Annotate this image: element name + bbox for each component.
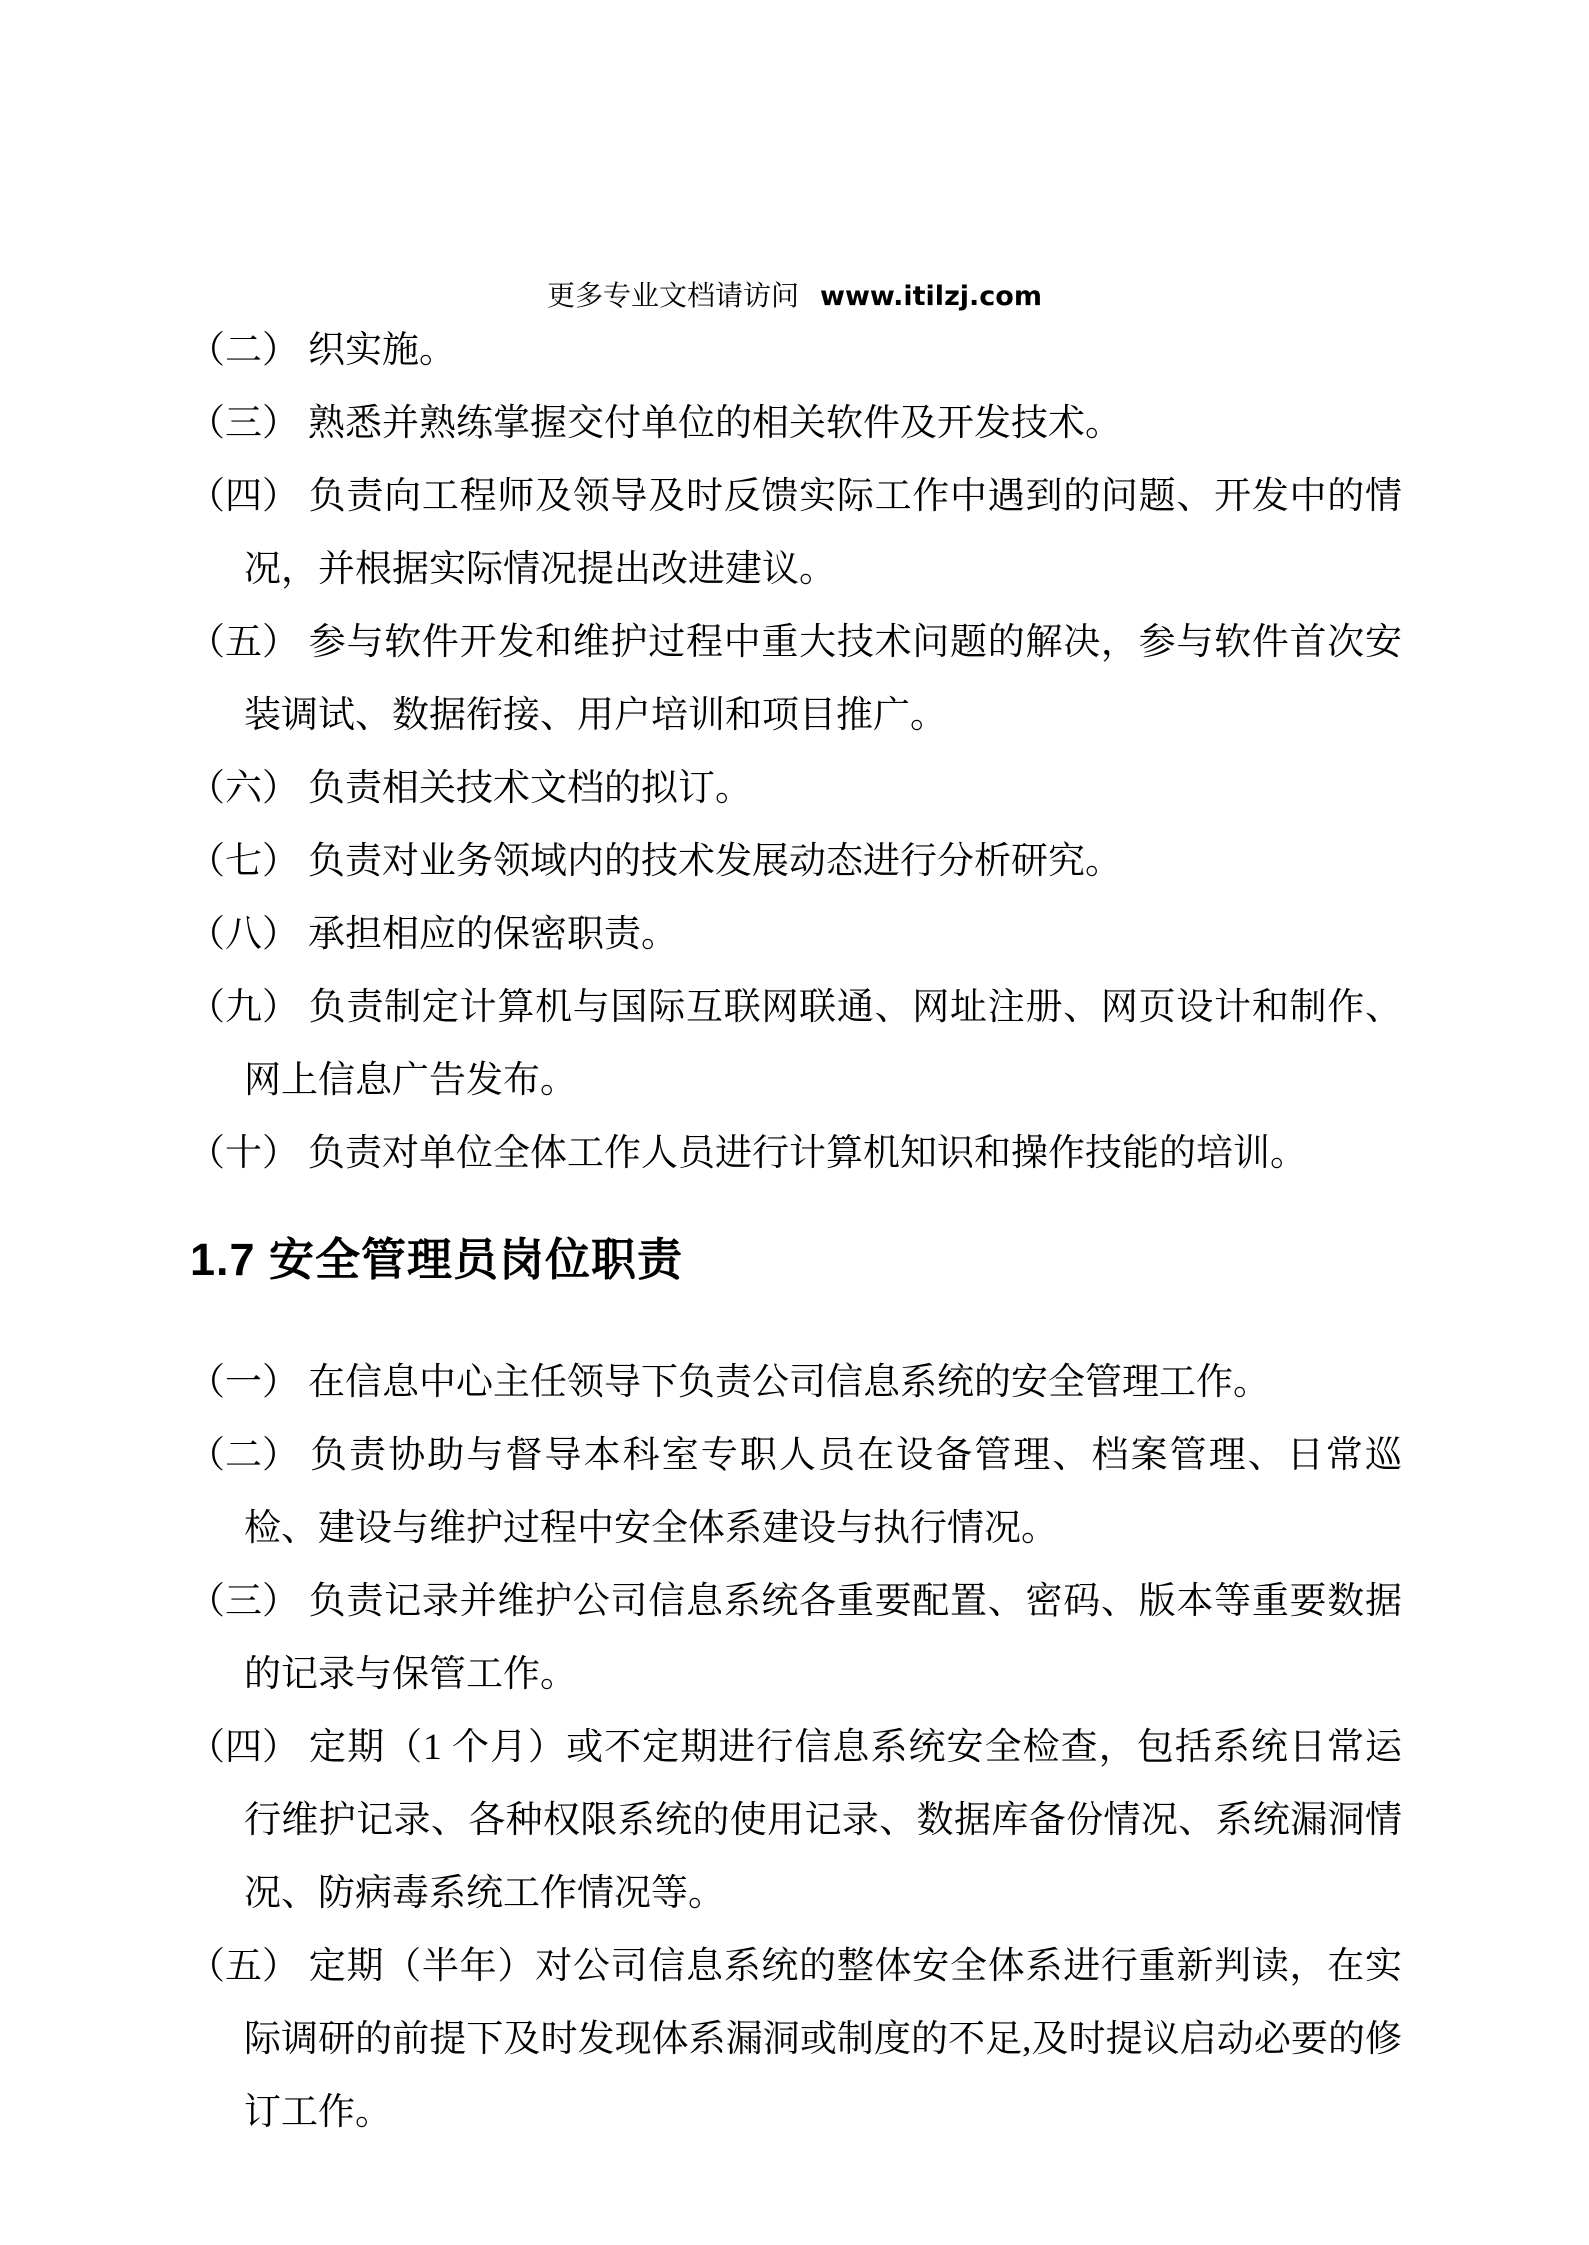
item-text: 负责向工程师及领导及时反馈实际工作中遇到的问题、开发中的情况，并根据实际情况提出… xyxy=(244,476,1402,590)
list-item: （七）负责对业务领域内的技术发展动态进行分析研究。 xyxy=(244,825,1402,898)
list-item: （二）负责协助与督导本科室专职人员在设备管理、档案管理、日常巡检、建设与维护过程… xyxy=(244,1419,1402,1565)
item-text: 织实施。 xyxy=(308,330,456,371)
list-item: （六）负责相关技术文档的拟订。 xyxy=(244,752,1402,825)
item-text: 负责对业务领域内的技术发展动态进行分析研究。 xyxy=(308,841,1122,882)
item-number: （六） xyxy=(188,752,308,825)
list-item: （四）负责向工程师及领导及时反馈实际工作中遇到的问题、开发中的情况，并根据实际情… xyxy=(244,460,1402,606)
item-number: （十） xyxy=(188,1117,308,1190)
item-text: 参与软件开发和维护过程中重大技术问题的解决，参与软件首次安装调试、数据衔接、用户… xyxy=(244,622,1402,736)
item-text: 承担相应的保密职责。 xyxy=(308,914,678,955)
item-number: （三） xyxy=(188,387,308,460)
item-text: 在信息中心主任领导下负责公司信息系统的安全管理工作。 xyxy=(308,1362,1270,1403)
item-number: （五） xyxy=(188,606,308,679)
item-text: 负责协助与督导本科室专职人员在设备管理、档案管理、日常巡检、建设与维护过程中安全… xyxy=(244,1435,1402,1549)
item-number: （二） xyxy=(188,1419,308,1492)
item-text: 负责记录并维护公司信息系统各重要配置、密码、版本等重要数据的记录与保管工作。 xyxy=(244,1581,1402,1695)
list-item: （五）参与软件开发和维护过程中重大技术问题的解决，参与软件首次安装调试、数据衔接… xyxy=(244,606,1402,752)
section-heading: 1.7 安全管理员岗位职责 xyxy=(190,1232,1402,1288)
item-number: （四） xyxy=(188,460,308,533)
list-item: （四）定期（1 个月）或不定期进行信息系统安全检查，包括系统日常运行维护记录、各… xyxy=(244,1711,1402,1930)
document-page: 更多专业文档请访问 www.itilzj.com （二）织实施。 （三）熟悉并熟… xyxy=(0,0,1589,2245)
item-number: （三） xyxy=(188,1565,308,1638)
list-item: （五）定期（半年）对公司信息系统的整体安全体系进行重新判读，在实际调研的前提下及… xyxy=(244,1930,1402,2149)
list-item: （二）织实施。 xyxy=(244,314,1402,387)
list-item: （三）熟悉并熟练掌握交付单位的相关软件及开发技术。 xyxy=(244,387,1402,460)
item-number: （九） xyxy=(188,971,308,1044)
duty-list-previous-section: （二）织实施。 （三）熟悉并熟练掌握交付单位的相关软件及开发技术。 （四）负责向… xyxy=(0,314,1589,1190)
item-text: 熟悉并熟练掌握交付单位的相关软件及开发技术。 xyxy=(308,403,1122,444)
list-item: （八）承担相应的保密职责。 xyxy=(244,898,1402,971)
list-item: （九）负责制定计算机与国际互联网联通、网址注册、网页设计和制作、网上信息广告发布… xyxy=(244,971,1402,1117)
watermark-text: 更多专业文档请访问 xyxy=(547,281,799,312)
item-text: 负责相关技术文档的拟订。 xyxy=(308,768,752,809)
item-text: 负责制定计算机与国际互联网联通、网址注册、网页设计和制作、网上信息广告发布。 xyxy=(244,987,1402,1101)
list-item: （十）负责对单位全体工作人员进行计算机知识和操作技能的培训。 xyxy=(244,1117,1402,1190)
list-item: （三）负责记录并维护公司信息系统各重要配置、密码、版本等重要数据的记录与保管工作… xyxy=(244,1565,1402,1711)
item-text: 负责对单位全体工作人员进行计算机知识和操作技能的培训。 xyxy=(308,1133,1307,1174)
item-number: （四） xyxy=(188,1711,308,1784)
item-number: （八） xyxy=(188,898,308,971)
item-number: （七） xyxy=(188,825,308,898)
duty-list-security-admin: （一）在信息中心主任领导下负责公司信息系统的安全管理工作。 （二）负责协助与督导… xyxy=(0,1346,1589,2149)
watermark-note: 更多专业文档请访问 www.itilzj.com xyxy=(0,280,1589,314)
item-number: （二） xyxy=(188,314,308,387)
list-item: （一）在信息中心主任领导下负责公司信息系统的安全管理工作。 xyxy=(244,1346,1402,1419)
item-text: 定期（半年）对公司信息系统的整体安全体系进行重新判读，在实际调研的前提下及时发现… xyxy=(244,1946,1402,2133)
item-text: 定期（1 个月）或不定期进行信息系统安全检查，包括系统日常运行维护记录、各种权限… xyxy=(244,1727,1402,1914)
item-number: （一） xyxy=(188,1346,308,1419)
watermark-url: www.itilzj.com xyxy=(820,281,1042,312)
item-number: （五） xyxy=(188,1930,308,2003)
